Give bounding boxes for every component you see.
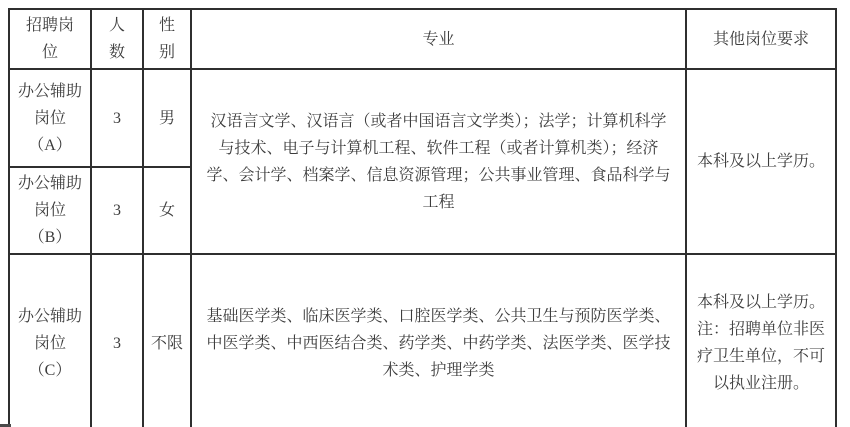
cell-gender-b: 女 <box>143 167 191 254</box>
header-major: 专业 <box>191 9 686 69</box>
header-count: 人 数 <box>91 9 143 69</box>
cell-count-c: 3 <box>91 254 143 427</box>
table-row-position-a: 办公辅助 岗位 （A） 3 男 汉语言文学、汉语言（或者中国语言文学类）；法学；… <box>9 69 836 167</box>
header-position: 招聘岗 位 <box>9 9 91 69</box>
cell-major-ab: 汉语言文学、汉语言（或者中国语言文学类）；法学；计算机科学 与技术、电子与计算机… <box>191 69 686 254</box>
recruitment-table: 招聘岗 位 人 数 性 别 专业 其他岗位要求 办公辅助 岗位 （A） 3 男 … <box>8 8 837 427</box>
cell-gender-c: 不限 <box>143 254 191 427</box>
cell-position-b: 办公辅助 岗位 （B） <box>9 167 91 254</box>
cell-count-a: 3 <box>91 69 143 167</box>
header-gender: 性 别 <box>143 9 191 69</box>
cell-position-c: 办公辅助 岗位 （C） <box>9 254 91 427</box>
cell-requirements-c: 本科及以上学历。 注：招聘单位非医 疗卫生单位，不可 以执业注册。 <box>686 254 836 427</box>
table-row-position-c: 办公辅助 岗位 （C） 3 不限 基础医学类、临床医学类、口腔医学类、公共卫生与… <box>9 254 836 427</box>
cell-major-c: 基础医学类、临床医学类、口腔医学类、公共卫生与预防医学类、 中医学类、中西医结合… <box>191 254 686 427</box>
cell-count-b: 3 <box>91 167 143 254</box>
header-other-requirements: 其他岗位要求 <box>686 9 836 69</box>
table-header-row: 招聘岗 位 人 数 性 别 专业 其他岗位要求 <box>9 9 836 69</box>
cell-gender-a: 男 <box>143 69 191 167</box>
cell-requirements-ab: 本科及以上学历。 <box>686 69 836 254</box>
cell-position-a: 办公辅助 岗位 （A） <box>9 69 91 167</box>
